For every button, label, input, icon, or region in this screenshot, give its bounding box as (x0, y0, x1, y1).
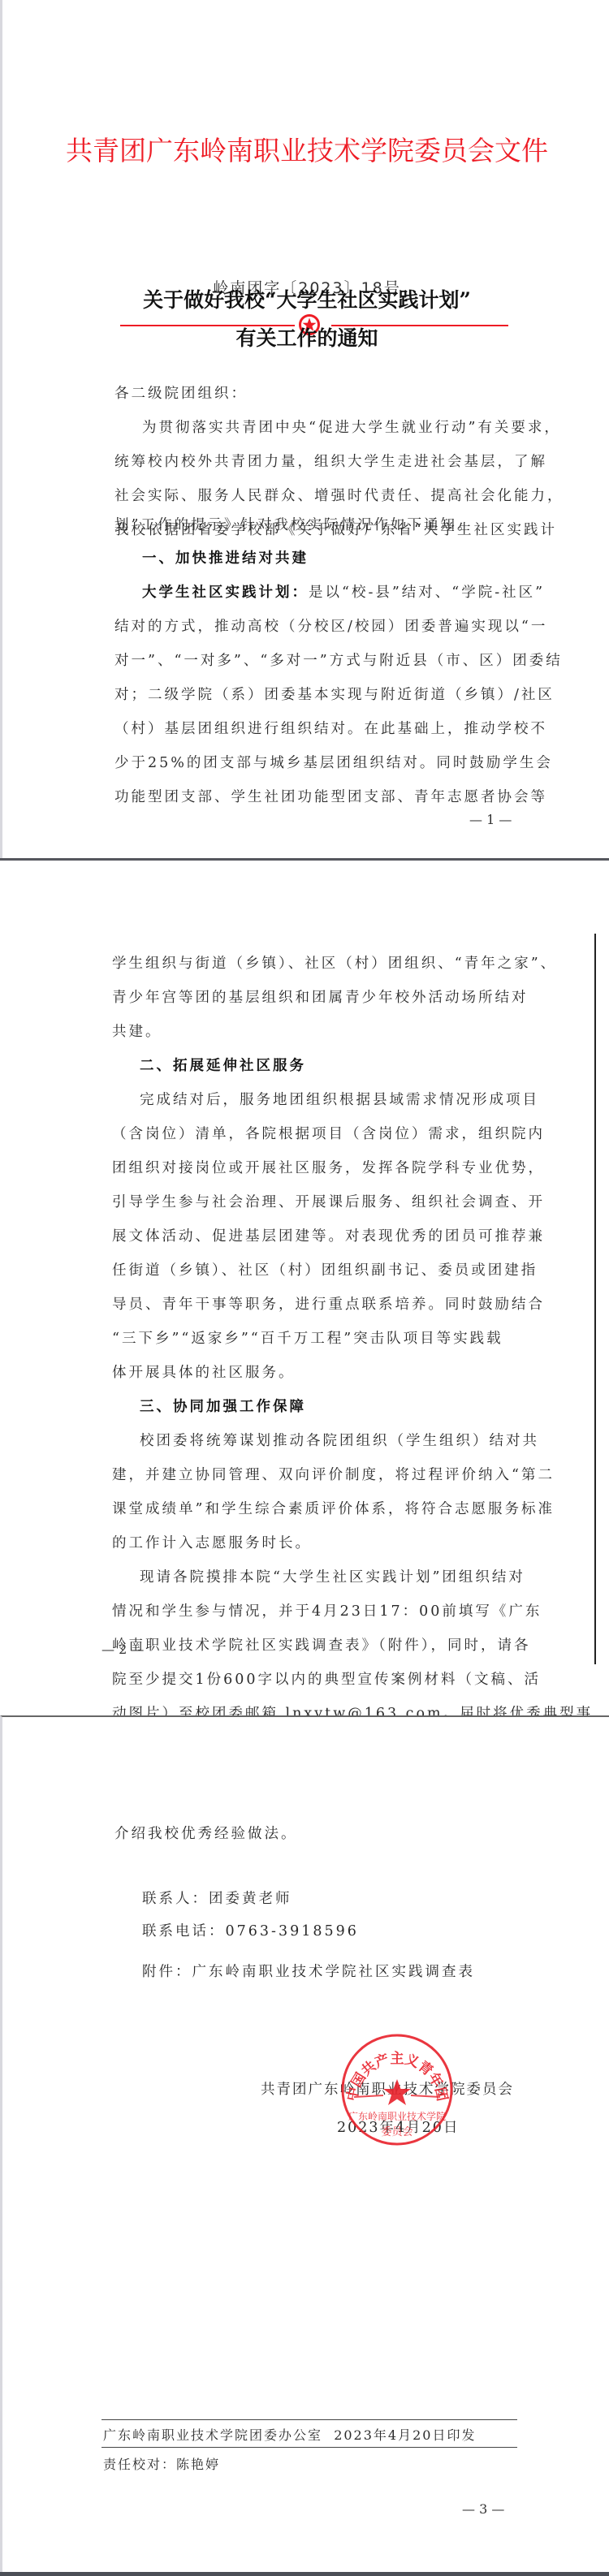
body-line: 统筹校内校外共青团力量，组织大学生走进社会基层，了解 (114, 451, 537, 471)
issuing-office: 广东岭南职业技术学院团委办公室 2023年4月20日印发 (103, 2425, 525, 2444)
proofreader: 责任校对：陈艳婷 (103, 2454, 525, 2473)
issued-by: 广东岭南职业技术学院团委办公室 (103, 2427, 322, 2443)
body-line: 导员、青年干事等职务，进行重点联系培养。同时鼓励结合 (112, 1293, 534, 1314)
body-line: 情况和学生参与情况，并于4月23日17：00前填写《广东 (112, 1600, 534, 1620)
body-line: 划”工作的提示》针对我校实际情况作如下通知。 (114, 514, 537, 534)
document-title-line-2: 有关工作的通知 (2, 322, 609, 352)
body-line: （村）基层团组织进行组织结对。在此基础上，推动学校不 (114, 718, 537, 738)
body-line: 引导学生参与社会治理、开展课后服务、组织社会调查、开 (112, 1191, 534, 1211)
body-line: 功能型团支部、学生社团功能型团支部、青年志愿者协会等 (114, 786, 537, 806)
contact-person: 联系人：团委黄老师 (142, 1888, 564, 1908)
section-1-first-line: 大学生社区实践计划：是以“校-县”结对、“学院-社区” (142, 581, 564, 602)
body-line: （含岗位）清单，各院根据项目（含岗位）需求，组织院内 (112, 1123, 534, 1143)
body-line: 共建。 (112, 1020, 534, 1041)
body-line: 展文体活动、促进基层团建等。对表现优秀的团员可推荐兼 (112, 1225, 534, 1245)
page-number: — 3 — (462, 2501, 504, 2517)
scan-edge (594, 934, 596, 1664)
body-line: 青少年宫等团的基层组织和团属青少年校外活动场所结对 (112, 986, 534, 1007)
body-line: 团组织对接岗位或开展社区服务，发挥各院学科专业优势， (112, 1157, 534, 1177)
body-line: 完成结对后，服务地团组织根据县域需求情况形成项目 (140, 1089, 562, 1109)
body-line: 任街道（乡镇）、社区（村）团组织副书记、委员或团建指 (112, 1259, 534, 1279)
body-line: 现请各院摸排本院“大学生社区实践计划”团组织结对 (140, 1566, 562, 1586)
contact-phone: 联系电话：0763-3918596 (142, 1920, 564, 1940)
body-line: 对一”、“一对多”、“多对一”方式与附近县（市、区）团委结 (114, 649, 537, 670)
official-seal-icon: 中国共产主义青年团 广东岭南职业技术学院 委员会 (339, 2032, 455, 2147)
body-line: 学生组织与街道（乡镇）、社区（村）团组织、“青年之家”、 (112, 952, 534, 973)
svg-text:委员会: 委员会 (381, 2126, 412, 2138)
body-line: “三下乡”“返家乡”“百千万工程”突击队项目等实践载 (112, 1327, 534, 1348)
body-line: 岭南职业技术学院社区实践调查表》（附件），同时，请各 (112, 1634, 534, 1655)
body-line: 体开展具体的社区服务。 (112, 1361, 534, 1382)
page-3: 介绍我校优秀经验做法。 联系人：团委黄老师 联系电话：0763-3918596 … (0, 1715, 609, 2574)
issued-date: 2023年4月20日印发 (334, 2427, 476, 2443)
body-line: 介绍我校优秀经验做法。 (114, 1823, 537, 1843)
body-line: 院至少提交1份600字以内的典型宣传案例材料（文稿、活 (112, 1668, 534, 1689)
svg-text:广东岭南职业技术学院: 广东岭南职业技术学院 (348, 2110, 446, 2122)
body-line: 建，并建立协同管理、双向评价制度，将过程评价纳入“第二 (112, 1464, 534, 1484)
body-line: 结对的方式，推动高校（分校区/校园）团委普遍实现以“一 (114, 615, 537, 636)
body-line: 的工作计入志愿服务时长。 (112, 1532, 534, 1552)
body-text: 是以“校-县”结对、“学院-社区” (309, 585, 545, 601)
page-number: — 2 — (101, 1642, 144, 1657)
body-line: 校团委将统筹谋划推动各院团组织（学生组织）结对共 (140, 1430, 562, 1450)
salutation: 各二级院团组织： (114, 382, 537, 403)
scan-bottom-edge (0, 2572, 609, 2576)
document-title-line-1: 关于做好我校“大学生社区实践计划” (2, 284, 609, 313)
section-heading-1: 一、加快推进结对共建 (142, 547, 564, 567)
footer-rule-bottom (101, 2447, 517, 2448)
page-2: 学生组织与街道（乡镇）、社区（村）团组织、“青年之家”、 青少年宫等团的基层组织… (0, 858, 609, 1718)
org-header-title: 共青团广东岭南职业技术学院委员会文件 (2, 130, 609, 168)
attachment-note: 附件：广东岭南职业技术学院社区实践调查表 (142, 1961, 564, 1981)
page-number: — 1 — (469, 812, 512, 827)
section-heading-3: 三、协同加强工作保障 (140, 1396, 562, 1416)
body-line: 对；二级学院（系）团委基本实现与附近街道（乡镇）/社区 (114, 684, 537, 704)
page-1: 共青团广东岭南职业技术学院委员会文件 岭南团字〔2023〕18号 关于做好我校“… (0, 0, 609, 858)
body-line: 课堂成绩单”和学生综合素质评价体系，将符合志愿服务标准 (112, 1498, 534, 1518)
section-1-lead: 大学生社区实践计划： (142, 585, 309, 601)
body-line: 社会实际、服务人民群众、增强时代责任、提高社会化能力， (114, 485, 537, 505)
section-heading-2: 二、拓展延伸社区服务 (140, 1055, 562, 1075)
body-line: 为贯彻落实共青团中央“促进大学生就业行动”有关要求， (142, 416, 564, 437)
body-line: 少于25%的团支部与城乡基层团组织结对。同时鼓励学生会 (114, 752, 537, 772)
footer-rule-top (101, 2419, 517, 2420)
